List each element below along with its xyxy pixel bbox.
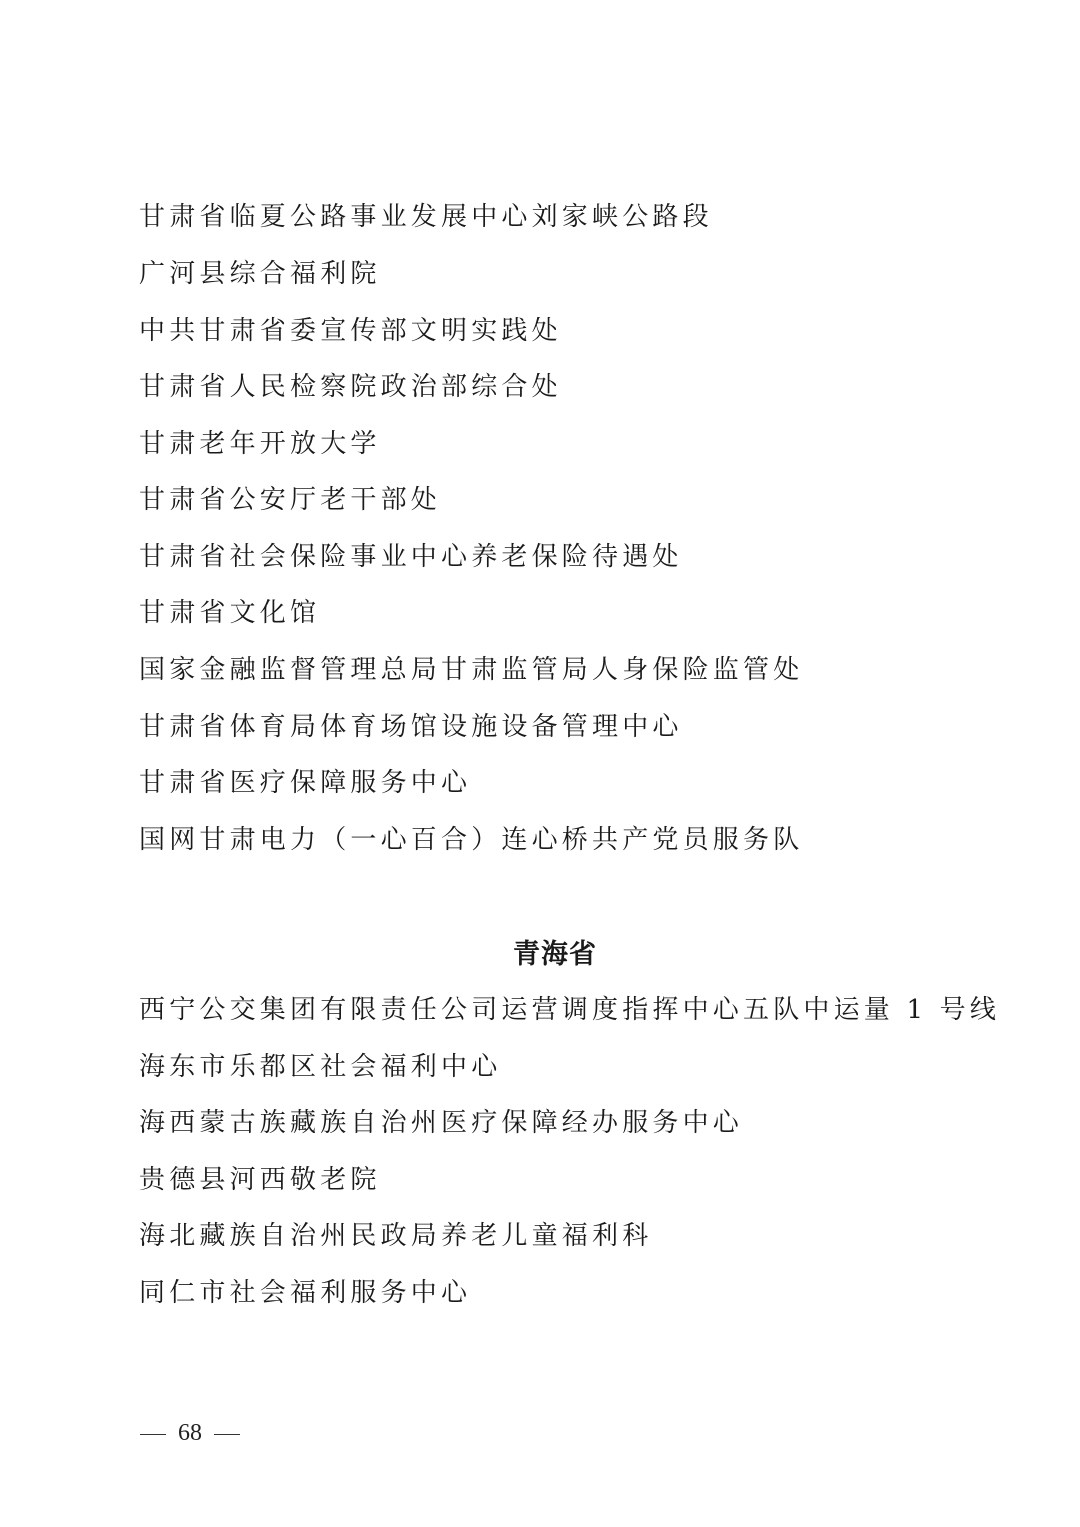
list-item: 国网甘肃电力（一心百合）连心桥共产党员服务队 [139,824,803,856]
list-item: 甘肃老年开放大学 [139,428,381,460]
section-heading-qinghai: 青海省 [0,938,1080,972]
list-item: 甘肃省医疗保障服务中心 [139,767,471,799]
list-item: 国家金融监督管理总局甘肃监管局人身保险监管处 [139,654,803,686]
list-item: 甘肃省体育局体育场馆设施设备管理中心 [139,711,683,743]
list-item: 西宁公交集团有限责任公司运营调度指挥中心五队中运量 1 号线 [139,994,1000,1026]
list-item: 广河县综合福利院 [139,258,381,290]
list-item: 中共甘肃省委宣传部文明实践处 [139,315,562,347]
list-item: 海北藏族自治州民政局养老儿童福利科 [139,1220,652,1252]
list-item: 海西蒙古族藏族自治州医疗保障经办服务中心 [139,1107,743,1139]
page-number: 68 [178,1420,202,1446]
footer-dash-right [214,1434,240,1435]
document-page: 甘肃省临夏公路事业发展中心刘家峡公路段 广河县综合福利院 中共甘肃省委宣传部文明… [0,0,1080,1527]
list-item: 甘肃省临夏公路事业发展中心刘家峡公路段 [139,201,713,233]
list-item: 同仁市社会福利服务中心 [139,1277,471,1309]
footer-dash-left [140,1434,166,1435]
list-item: 甘肃省文化馆 [139,597,320,629]
list-item: 甘肃省人民检察院政治部综合处 [139,371,562,403]
page-footer: 68 [128,1418,252,1448]
list-item: 贵德县河西敬老院 [139,1164,381,1196]
list-item: 甘肃省公安厅老干部处 [139,484,441,516]
list-item: 甘肃省社会保险事业中心养老保险待遇处 [139,541,683,573]
list-item: 海东市乐都区社会福利中心 [139,1051,501,1083]
